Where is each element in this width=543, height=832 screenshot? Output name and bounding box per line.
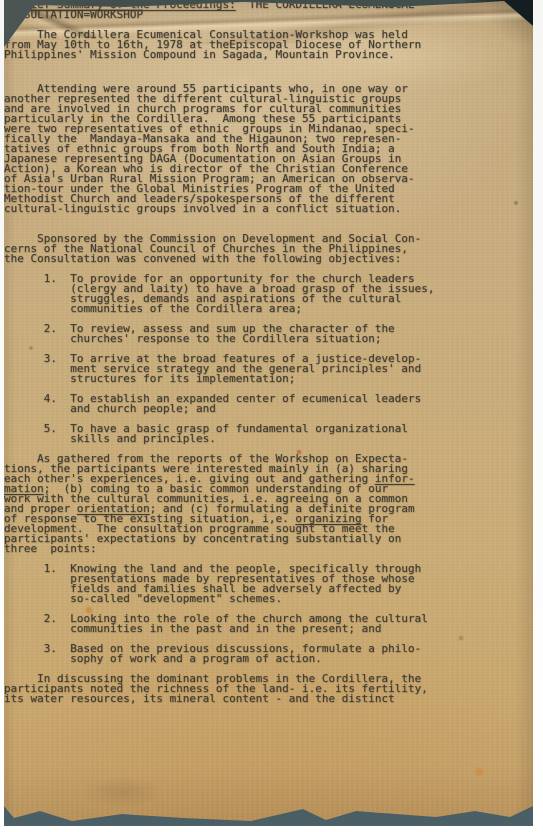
point-item-2: 2. Looking into the role of the church a… <box>4 614 474 634</box>
text-segment: As gathered from the reports of the Work… <box>4 452 408 485</box>
paragraph-sponsors: Sponsored by the Commission on Developme… <box>4 234 474 264</box>
point-item-1: 1. Knowing the land and the people, spec… <box>4 564 474 604</box>
paragraph-overview: The Cordillera Ecumenical Consultation-W… <box>4 30 474 60</box>
document-text: A Brief Summary of the Proceedings: THE … <box>4 0 474 826</box>
text-segment: Sponsored by the Commission on Developme… <box>4 232 421 265</box>
paragraph-participants: Attending were around 55 participants wh… <box>4 84 474 214</box>
paragraph-expectations: As gathered from the reports of the Work… <box>4 454 474 554</box>
scanned-page: A Brief Summary of the Proceedings: THE … <box>0 0 543 832</box>
point-item-3: 3. Based on the previous discussions, fo… <box>4 644 474 664</box>
text-segment: 3. Based on the previous discussions, fo… <box>4 642 421 665</box>
objective-item-4: 4. To establish an expanded center of ec… <box>4 394 474 414</box>
objective-item-5: 5. To have a basic grasp of fundamental … <box>4 424 474 444</box>
text-segment: Attending were around 55 participants wh… <box>4 82 415 215</box>
text-segment: 1. Knowing the land and the people, spec… <box>4 562 421 605</box>
text-segment: The Cordillera Ecumenical Consultation-W… <box>4 28 421 61</box>
text-segment: 5. To have a basic grasp of fundamental … <box>4 422 408 445</box>
objective-item-1: 1. To provide for an opportunity for the… <box>4 274 474 314</box>
text-segment: 2. To review, assess and sum up the char… <box>4 322 395 345</box>
paper-sheet: A Brief Summary of the Proceedings: THE … <box>4 0 533 826</box>
paragraph-problems: In discussing the dominant problems in t… <box>4 674 474 704</box>
text-segment: 3. To arrive at the broad features of a … <box>4 352 421 385</box>
text-segment: 1. To provide for an opportunity for the… <box>4 272 434 315</box>
text-segment: 2. Looking into the role of the church a… <box>4 612 428 635</box>
text-segment: In discussing the dominant problems in t… <box>4 672 428 705</box>
objective-item-2: 2. To review, assess and sum up the char… <box>4 324 474 344</box>
text-segment: 4. To establish an expanded center of ec… <box>4 392 421 415</box>
objective-item-3: 3. To arrive at the broad features of a … <box>4 354 474 384</box>
